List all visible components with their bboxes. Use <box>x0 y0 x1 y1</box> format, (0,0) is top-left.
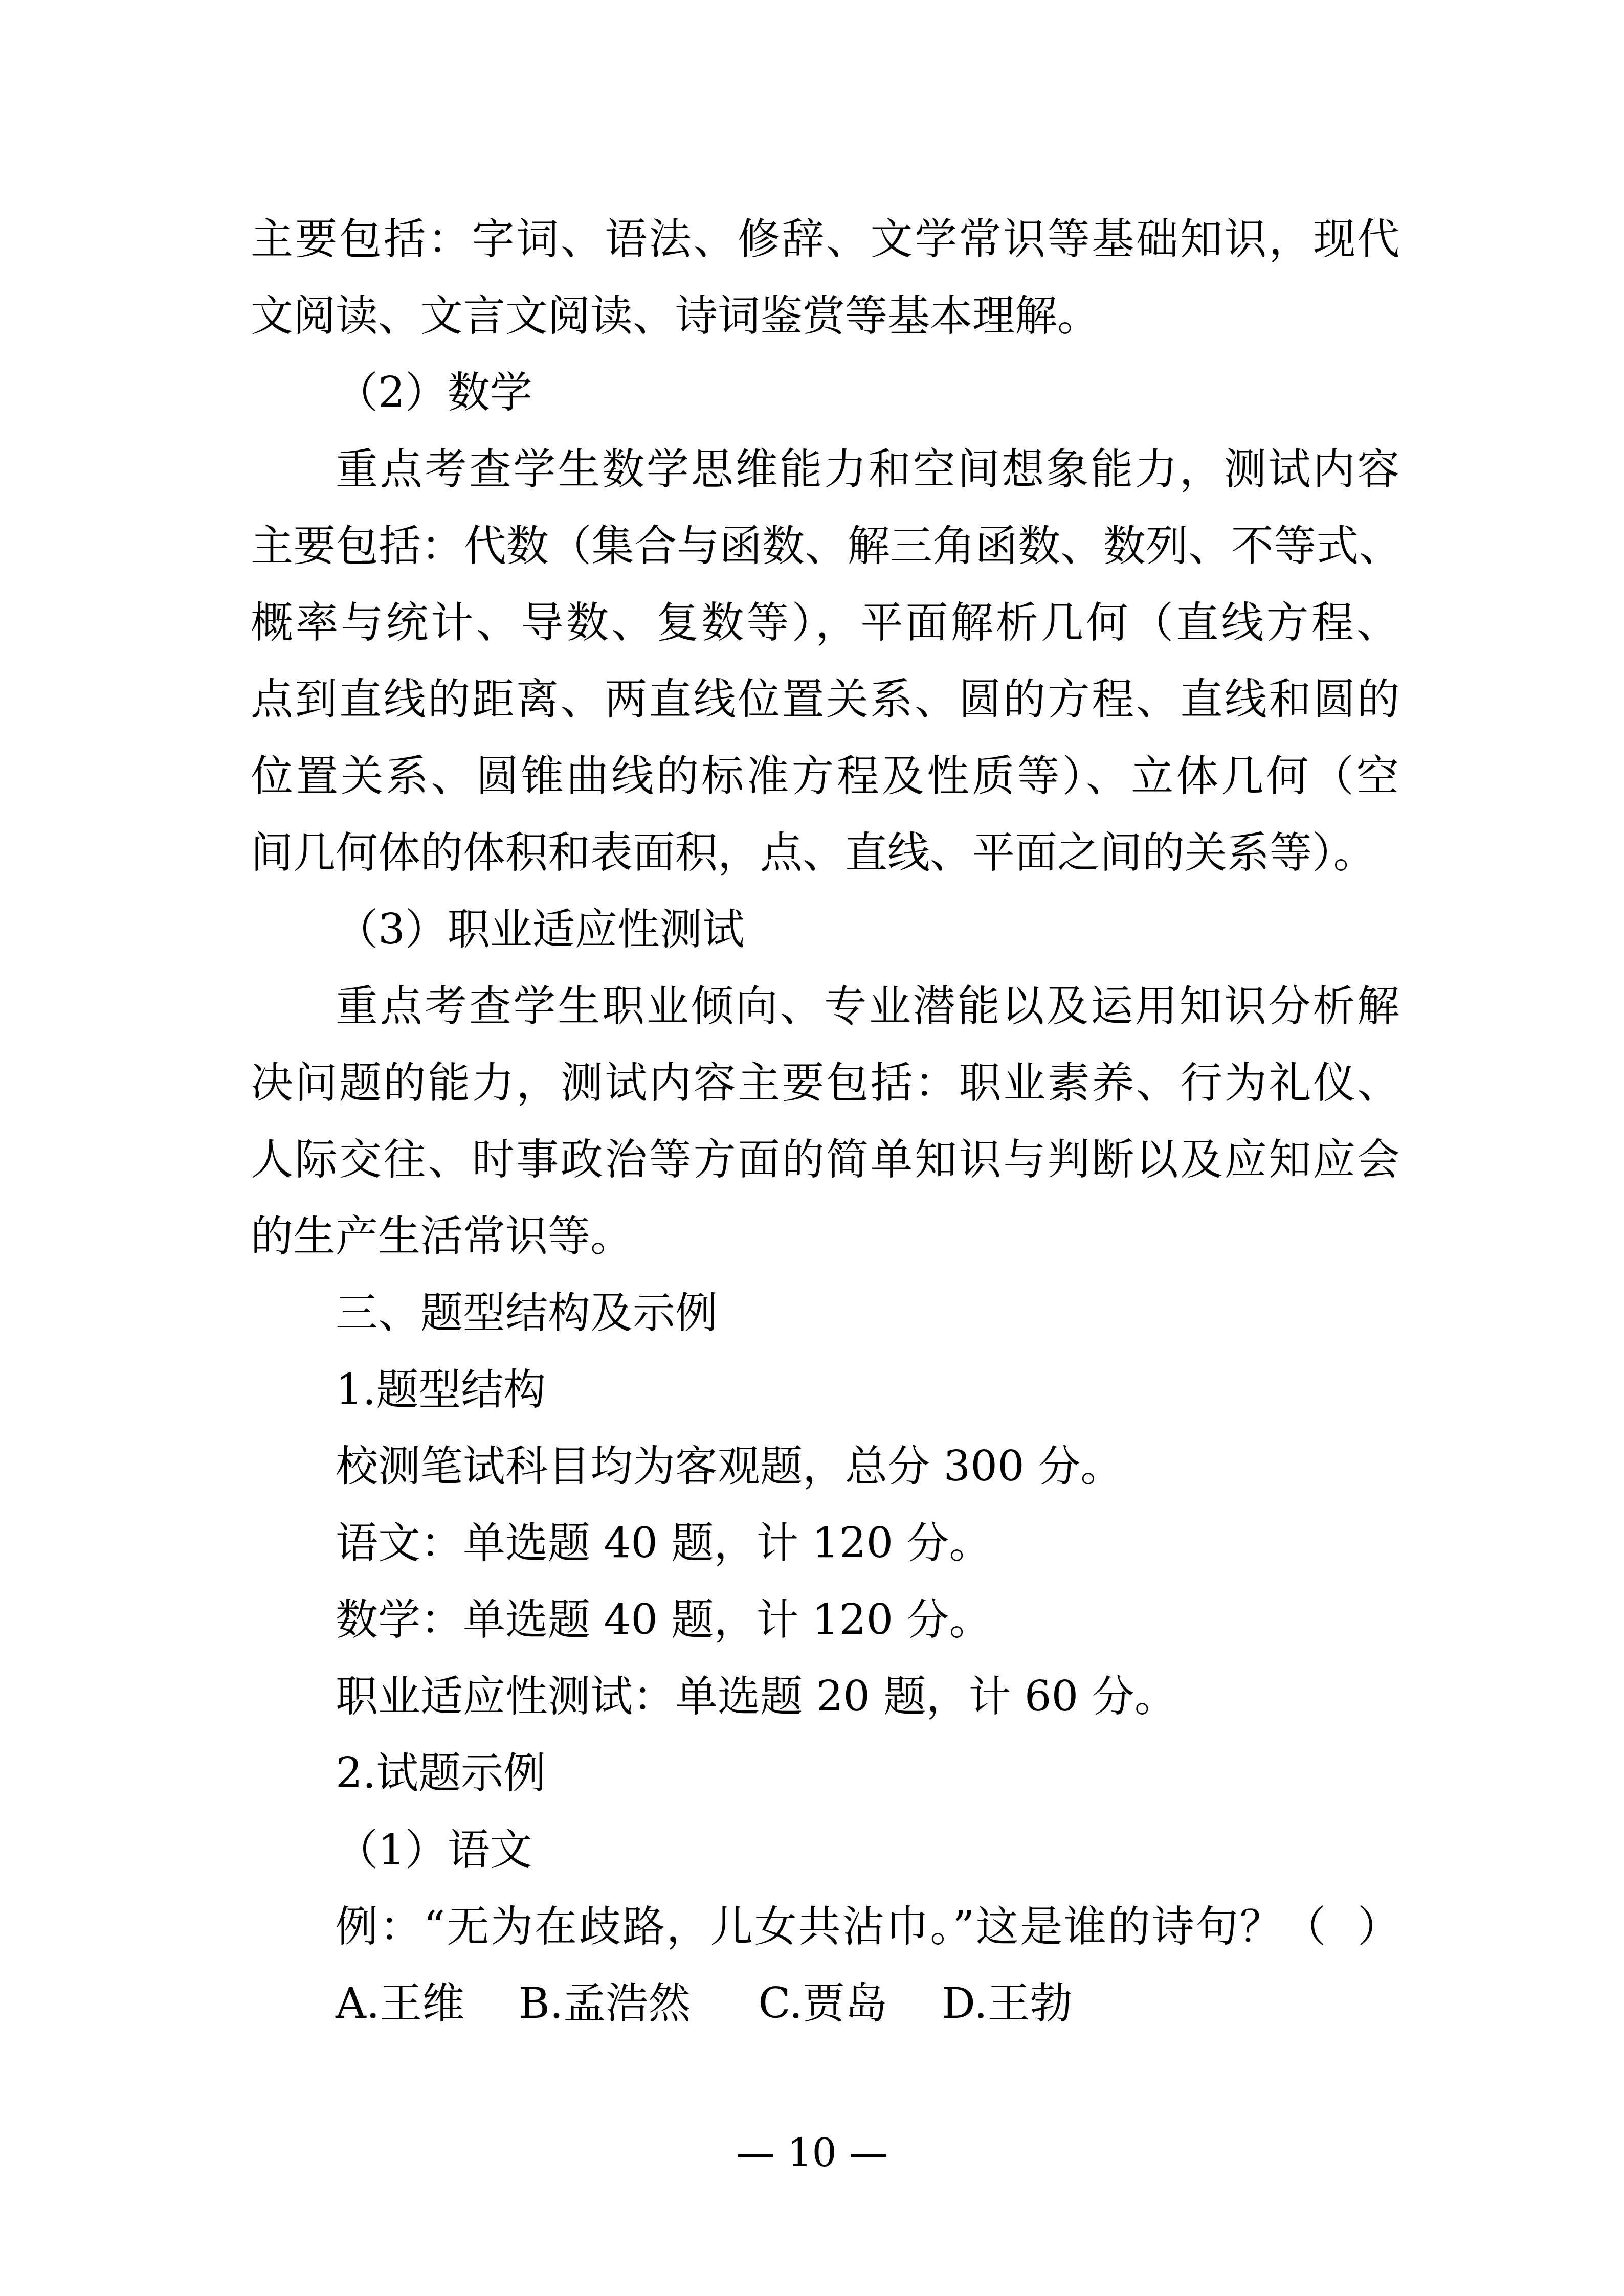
text-line-content: 的生产生活常识等。 <box>251 1211 633 1261</box>
text-line-content: 校测笔试科目均为客观题，总分 300 分。 <box>336 1442 1123 1491</box>
text-line-content: A.王维 B.孟浩然 C.贾岛 D.王勃 <box>336 1978 1073 2028</box>
text-line-content: 位置关系、圆锥曲线的标准方程及性质等）、立体几何（空 <box>251 751 1401 801</box>
text-line: 三、题型结构及示例 <box>251 1275 1401 1352</box>
text-line: 人际交往、时事政治等方面的简单知识与判断以及应知应会 <box>251 1121 1401 1198</box>
text-line: 间几何体的体积和表面积，点、直线、平面之间的关系等）。 <box>251 815 1401 891</box>
text-line: 主要包括：字词、语法、修辞、文学常识等基础知识，现代 <box>251 201 1401 278</box>
text-line-content: 三、题型结构及示例 <box>336 1288 718 1338</box>
text-line: 2.试题示例 <box>251 1735 1401 1812</box>
text-line: （2）数学 <box>251 354 1401 431</box>
text-line: 校测笔试科目均为客观题，总分 300 分。 <box>251 1428 1401 1505</box>
text-line-content: 2.试题示例 <box>336 1748 546 1798</box>
text-line: 文阅读、文言文阅读、诗词鉴赏等基本理解。 <box>251 278 1401 354</box>
text-line-content: 数学：单选题 40 题，计 120 分。 <box>336 1595 992 1645</box>
text-line-content: 主要包括：代数（集合与函数、解三角函数、数列、不等式、 <box>251 521 1401 571</box>
text-line: 重点考查学生数学思维能力和空间想象能力，测试内容 <box>251 431 1401 508</box>
text-line: 语文：单选题 40 题，计 120 分。 <box>251 1505 1401 1582</box>
text-line-content: 决问题的能力，测试内容主要包括：职业素养、行为礼仪、 <box>251 1058 1401 1108</box>
text-line: 点到直线的距离、两直线位置关系、圆的方程、直线和圆的 <box>251 661 1401 738</box>
text-line-content: （1）语文 <box>336 1825 532 1875</box>
text-line: 1.题型结构 <box>251 1352 1401 1428</box>
text-line-content: （3）职业适应性测试 <box>336 905 745 954</box>
text-line: 职业适应性测试：单选题 20 题，计 60 分。 <box>251 1658 1401 1735</box>
text-line-content: （2）数学 <box>336 368 532 417</box>
text-line: 重点考查学生职业倾向、专业潜能以及运用知识分析解 <box>251 968 1401 1045</box>
text-line-content: 例：“无为在歧路，儿女共沾巾。”这是谁的诗句？（ ） <box>336 1902 1401 1951</box>
text-line-content: 人际交往、时事政治等方面的简单知识与判断以及应知应会 <box>251 1135 1401 1184</box>
text-line: 例：“无为在歧路，儿女共沾巾。”这是谁的诗句？（ ） <box>251 1888 1401 1965</box>
text-line-content: 重点考查学生职业倾向、专业潜能以及运用知识分析解 <box>336 981 1401 1031</box>
text-line: （1）语文 <box>251 1812 1401 1888</box>
text-line-content: 1.题型结构 <box>336 1365 546 1414</box>
text-line-content: 重点考查学生数学思维能力和空间想象能力，测试内容 <box>336 444 1401 494</box>
page-number: — 10 — <box>0 2127 1624 2178</box>
text-line-content: 职业适应性测试：单选题 20 题，计 60 分。 <box>336 1672 1177 1721</box>
text-line: 的生产生活常识等。 <box>251 1198 1401 1275</box>
text-line: 主要包括：代数（集合与函数、解三角函数、数列、不等式、 <box>251 508 1401 584</box>
text-line: 概率与统计、导数、复数等），平面解析几何（直线方程、 <box>251 584 1401 661</box>
text-line: 决问题的能力，测试内容主要包括：职业素养、行为礼仪、 <box>251 1045 1401 1121</box>
text-line-content: 文阅读、文言文阅读、诗词鉴赏等基本理解。 <box>251 291 1100 341</box>
document-page: 主要包括：字词、语法、修辞、文学常识等基础知识，现代文阅读、文言文阅读、诗词鉴赏… <box>0 0 1624 2296</box>
text-line-content: 概率与统计、导数、复数等），平面解析几何（直线方程、 <box>251 598 1401 647</box>
text-line-content: 主要包括：字词、语法、修辞、文学常识等基础知识，现代 <box>251 214 1401 264</box>
text-line: A.王维 B.孟浩然 C.贾岛 D.王勃 <box>251 1965 1401 2042</box>
text-line-content: 语文：单选题 40 题，计 120 分。 <box>336 1518 992 1568</box>
text-line: 数学：单选题 40 题，计 120 分。 <box>251 1582 1401 1658</box>
text-line: 位置关系、圆锥曲线的标准方程及性质等）、立体几何（空 <box>251 738 1401 815</box>
text-line: （3）职业适应性测试 <box>251 891 1401 968</box>
document-body: 主要包括：字词、语法、修辞、文学常识等基础知识，现代文阅读、文言文阅读、诗词鉴赏… <box>251 201 1401 2042</box>
text-line-content: 间几何体的体积和表面积，点、直线、平面之间的关系等）。 <box>251 828 1376 877</box>
text-line-content: 点到直线的距离、两直线位置关系、圆的方程、直线和圆的 <box>251 674 1401 724</box>
